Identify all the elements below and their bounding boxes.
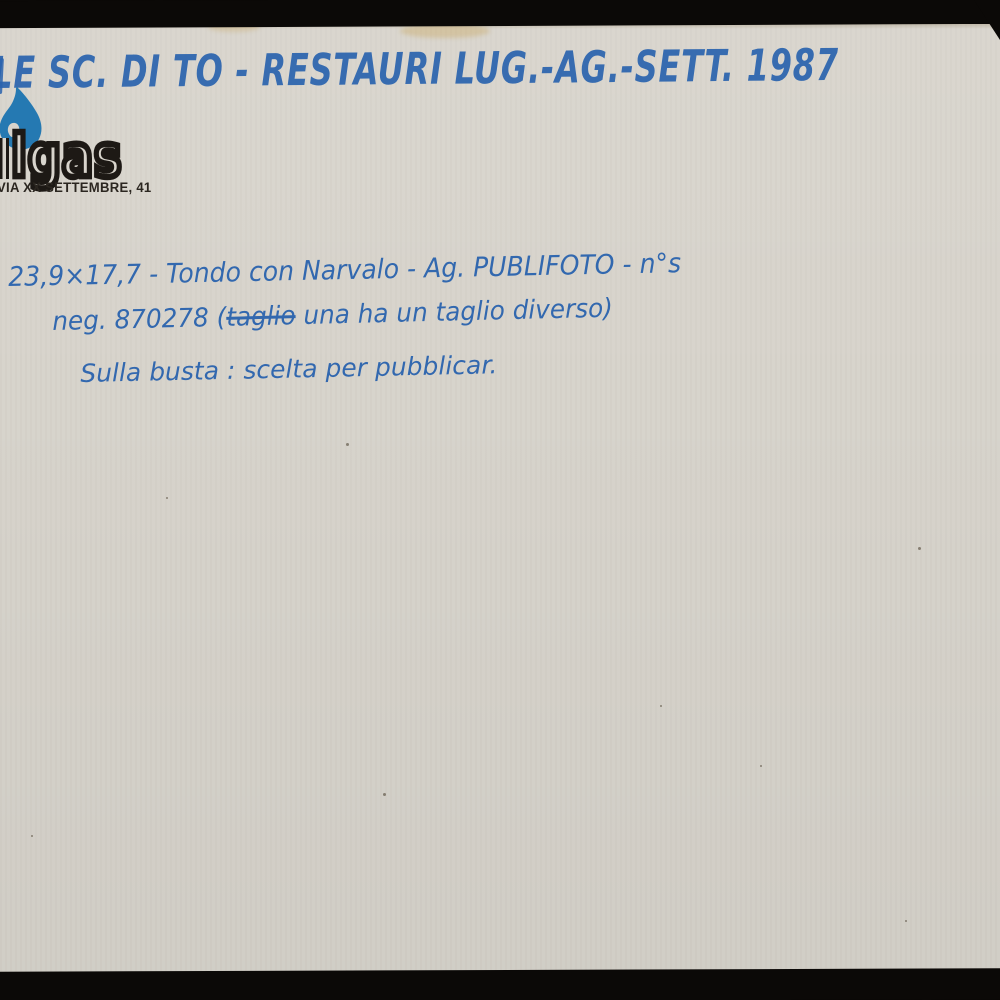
scan-top-border	[0, 0, 1000, 28]
paper-speck	[346, 443, 349, 446]
scan-bottom-border	[0, 968, 1000, 1000]
note-line-1: 23,9×17,7 - Tondo con Narvalo - Ag. PUBL…	[8, 248, 681, 293]
logo-text: lgas	[11, 127, 122, 185]
logo-clipped-letter	[0, 138, 9, 179]
paper-speck	[760, 765, 762, 767]
paper-speck	[383, 793, 386, 796]
scan-background: LE SC. DI TO - RESTAURI LUG.-AG.-SETT. 1…	[0, 0, 1000, 1000]
note-line-2-strikethrough: taglio	[226, 301, 296, 333]
letterhead-address: VIA XX SETTEMBRE, 41	[0, 180, 152, 195]
paper-speck	[918, 547, 921, 550]
note-line-2-suffix: una ha un taglio diverso)	[295, 294, 613, 332]
envelope-paper: LE SC. DI TO - RESTAURI LUG.-AG.-SETT. 1…	[0, 24, 1000, 972]
note-line-2: neg. 870278 (taglio una ha un taglio div…	[52, 295, 613, 338]
paper-speck	[660, 705, 662, 707]
paper-speck	[905, 920, 907, 922]
note-line-3: Sulla busta : scelta per pubblicar.	[80, 351, 498, 388]
note-line-2-prefix: neg. 870278 (	[52, 303, 227, 337]
paper-speck	[166, 497, 168, 499]
paper-speck	[31, 835, 33, 837]
handwritten-title: LE SC. DI TO - RESTAURI LUG.-AG.-SETT. 1…	[0, 44, 839, 96]
